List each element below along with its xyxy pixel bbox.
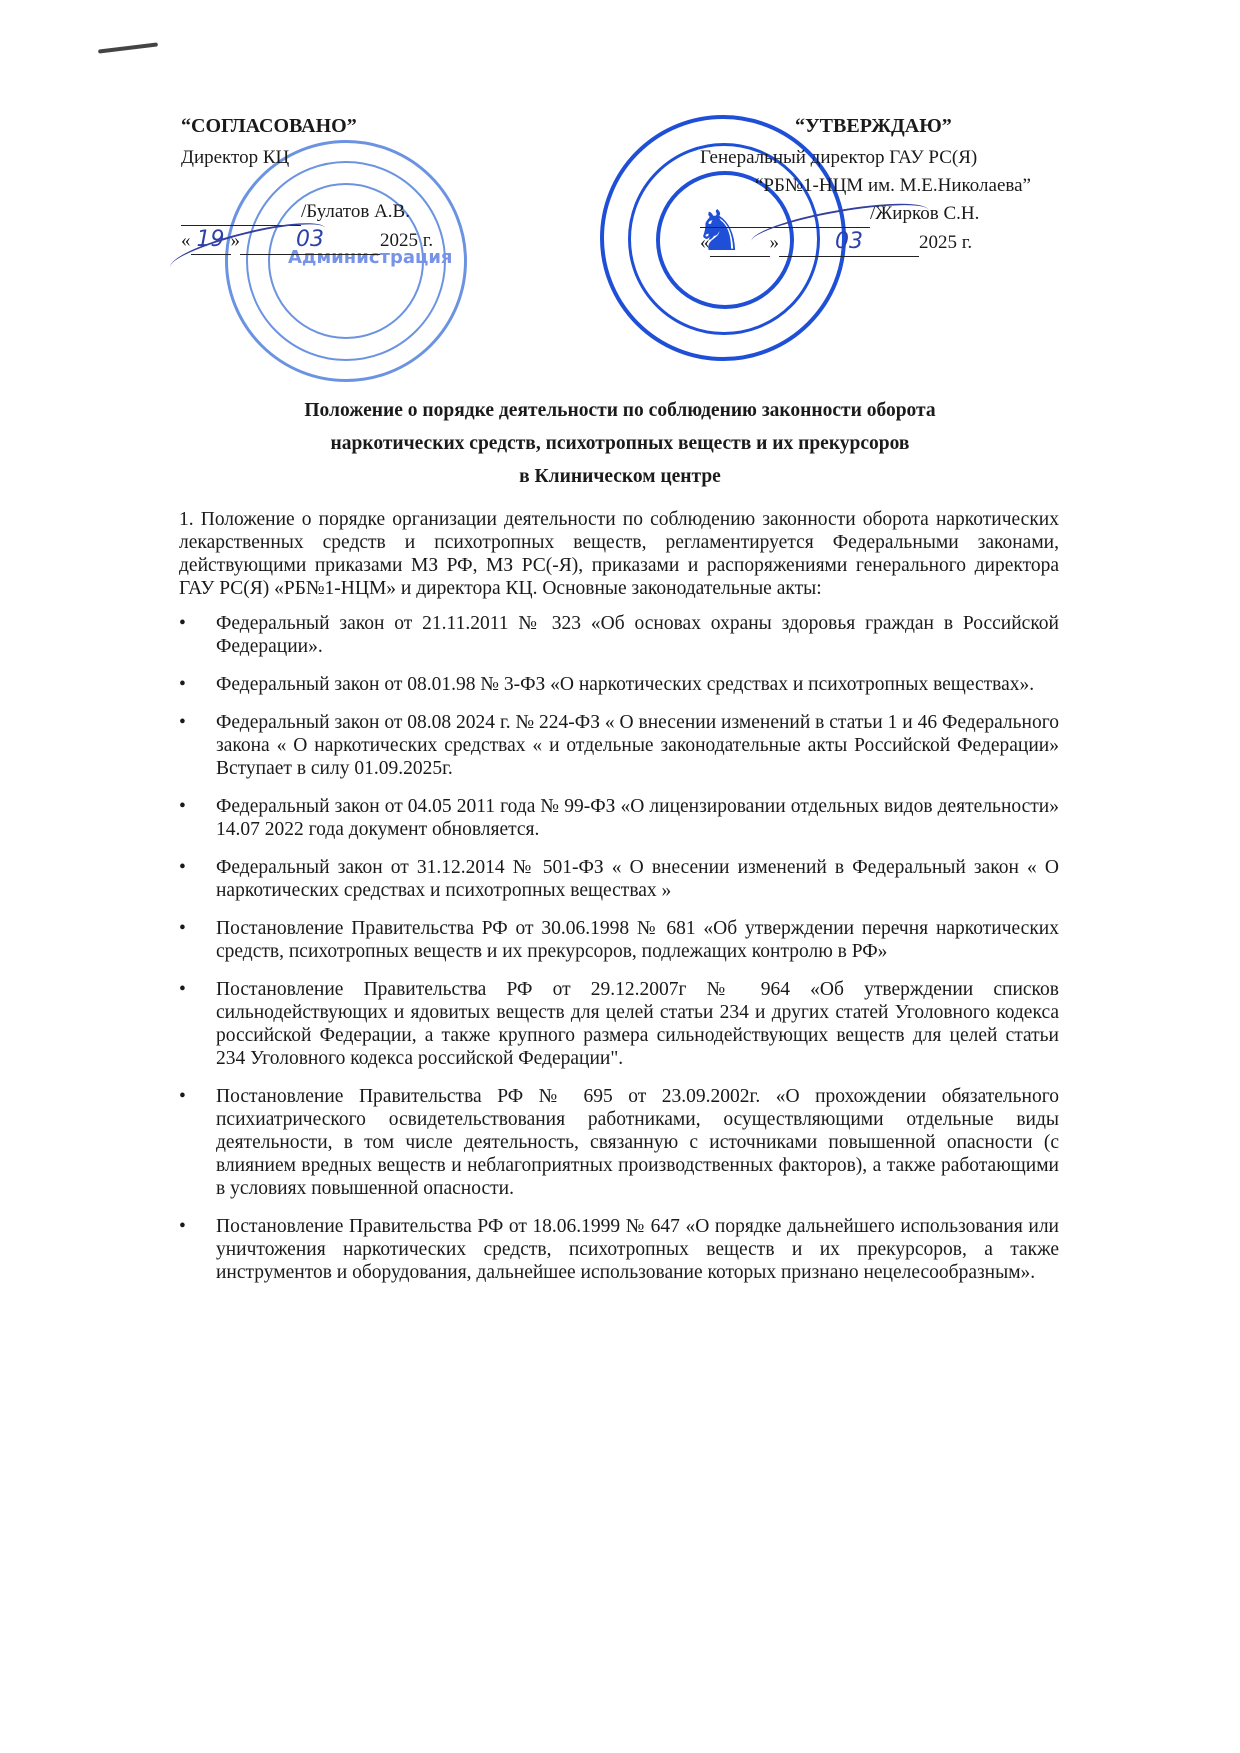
approved-position-line2: “РБ№1-НЦМ им. М.Е.Николаева” — [755, 172, 1140, 200]
list-item: •Федеральный закон от 31.12.2014 № 501-Ф… — [179, 856, 1059, 902]
list-item: •Федеральный закон от 08.01.98 № 3-ФЗ «О… — [179, 673, 1059, 696]
title-line-3: в Клиническом центре — [160, 460, 1080, 493]
title-line-2: наркотических средств, психотропных веще… — [160, 427, 1080, 460]
bullet-icon: • — [179, 1215, 186, 1238]
list-item: •Федеральный закон от 04.05 2011 года № … — [179, 795, 1059, 841]
bullet-icon: • — [179, 795, 186, 818]
list-item: •Федеральный закон от 08.08 2024 г. № 22… — [179, 711, 1059, 780]
list-item: •Постановление Правительства РФ от 29.12… — [179, 978, 1059, 1070]
approved-date-year: 2025 г. — [919, 232, 972, 253]
bullet-icon: • — [179, 917, 186, 940]
document-page: Администрация ♞ “СОГЛАСОВАНО” Директор К… — [0, 0, 1240, 1753]
agreed-date-year: 2025 г. — [380, 230, 433, 251]
agreed-heading: “СОГЛАСОВАНО” — [181, 112, 511, 140]
agreed-signatory: /Булатов А.В. — [301, 201, 410, 222]
list-item: •Федеральный закон от 21.11.2011 № 323 «… — [179, 612, 1059, 658]
bullet-icon: • — [179, 856, 186, 879]
bullet-icon: • — [179, 711, 186, 734]
approval-block-agreed: “СОГЛАСОВАНО” Директор КЦ /Булатов А.В. … — [181, 112, 511, 255]
list-item: •Постановление Правительства РФ от 18.06… — [179, 1215, 1059, 1284]
list-item: •Постановление Правительства РФ № 695 от… — [179, 1085, 1059, 1200]
title-line-1: Положение о порядке деятельности по собл… — [160, 394, 1080, 427]
intro-paragraph: 1. Положение о порядке организации деяте… — [179, 508, 1059, 600]
document-body: 1. Положение о порядке организации деяте… — [179, 508, 1059, 1299]
agreed-position: Директор КЦ — [181, 144, 511, 172]
agreed-signature-line: /Булатов А.В. — [181, 198, 511, 226]
approved-heading: “УТВЕРЖДАЮ” — [795, 112, 1140, 140]
bullet-icon: • — [179, 1085, 186, 1108]
scan-artifact — [98, 42, 158, 53]
legislative-acts-list: •Федеральный закон от 21.11.2011 № 323 «… — [179, 612, 1059, 1284]
bullet-icon: • — [179, 978, 186, 1001]
approved-position-line1: Генеральный директор ГАУ РС(Я) — [700, 144, 1140, 172]
bullet-icon: • — [179, 612, 186, 635]
bullet-icon: • — [179, 673, 186, 696]
document-title: Положение о порядке деятельности по собл… — [160, 394, 1080, 493]
list-item: •Постановление Правительства РФ от 30.06… — [179, 917, 1059, 963]
